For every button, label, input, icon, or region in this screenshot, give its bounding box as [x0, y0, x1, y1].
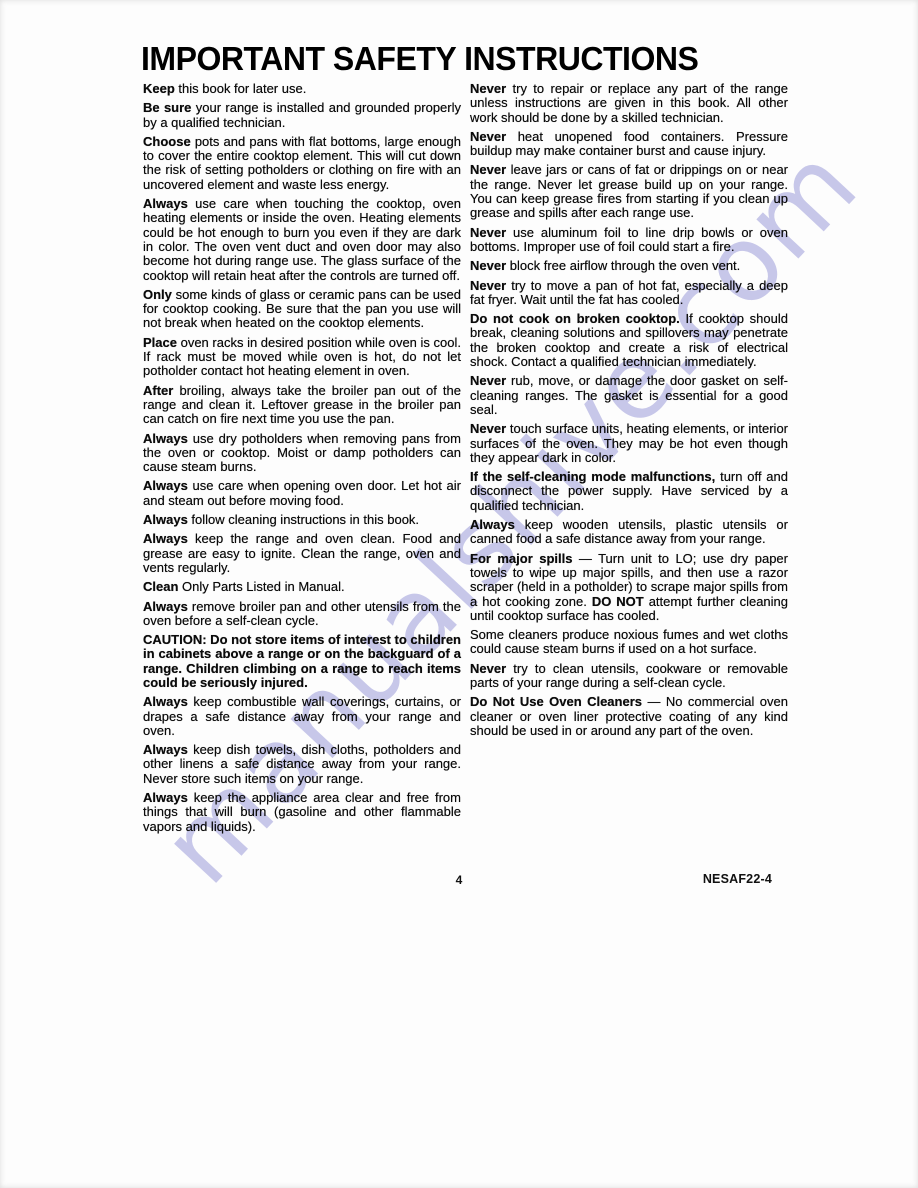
paragraph: Choose pots and pans with flat bottoms, … — [143, 135, 461, 192]
paragraph-text: some kinds of glass or ceramic pans can … — [143, 287, 461, 331]
paragraph: Never heat unopened food containers. Pre… — [470, 130, 788, 159]
paragraph: Do Not Use Oven Cleaners — No commercial… — [470, 695, 788, 738]
paragraph-text: use aluminum foil to line drip bowls or … — [470, 225, 788, 254]
paragraph-lead: Never — [470, 162, 511, 177]
paragraph: Never leave jars or cans of fat or dripp… — [470, 163, 788, 220]
paragraph-lead: Choose — [143, 134, 195, 149]
paragraph: Always keep wooden utensils, plastic ute… — [470, 518, 788, 547]
paragraph-lead: Always — [143, 694, 193, 709]
paragraph: Never try to clean utensils, cookware or… — [470, 662, 788, 691]
paragraph-lead: Place — [143, 335, 181, 350]
paragraph-lead: Do Not Use Oven Cleaners — [470, 694, 647, 709]
paragraph: Never use aluminum foil to line drip bow… — [470, 226, 788, 255]
paragraph-lead: Never — [470, 129, 518, 144]
paragraph: Place oven racks in desired position whi… — [143, 336, 461, 379]
paragraph-text: touch surface units, heating elements, o… — [470, 421, 788, 465]
paragraph-text: Some cleaners produce noxious fumes and … — [470, 627, 788, 656]
paragraph: Always keep the appliance area clear and… — [143, 791, 461, 834]
paragraph: For major spills — Turn unit to LO; use … — [470, 552, 788, 623]
content-columns: Keep this book for later use.Be sure you… — [143, 82, 788, 839]
paragraph-text: this book for later use. — [178, 81, 306, 96]
paragraph: Do not cook on broken cooktop. If cookto… — [470, 312, 788, 369]
paragraph-lead: Clean — [143, 579, 182, 594]
page-number: 4 — [456, 873, 463, 887]
paragraph-lead: Always — [143, 478, 192, 493]
paragraph-text: oven racks in desired position while ove… — [143, 335, 461, 379]
paragraph-text: broiling, always take the broiler pan ou… — [143, 383, 461, 427]
paragraph-text: leave jars or cans of fat or drippings o… — [470, 162, 788, 220]
paragraph: Never try to repair or replace any part … — [470, 82, 788, 125]
paragraph-lead: Never — [470, 661, 513, 676]
paragraph-lead: Only — [143, 287, 176, 302]
paragraph: Never touch surface units, heating eleme… — [470, 422, 788, 465]
paragraph-lead: Do not cook on broken cooktop. — [470, 311, 686, 326]
paragraph: Always keep dish towels, dish cloths, po… — [143, 743, 461, 786]
paragraph: Never try to move a pan of hot fat, espe… — [470, 279, 788, 308]
paragraph-text: try to repair or replace any part of the… — [470, 81, 788, 125]
paragraph-text: heat unopened food containers. Pressure … — [470, 129, 788, 158]
paragraph-lead: Always — [143, 531, 195, 546]
paragraph: Never block free airflow through the ove… — [470, 259, 788, 273]
paragraph: If the self-cleaning mode malfunctions, … — [470, 470, 788, 513]
left-column: Keep this book for later use.Be sure you… — [143, 82, 461, 839]
paragraph: After broiling, always take the broiler … — [143, 384, 461, 427]
paragraph: Clean Only Parts Listed in Manual. — [143, 580, 461, 594]
paragraph: Some cleaners produce noxious fumes and … — [470, 628, 788, 657]
paragraph-text: follow cleaning instructions in this boo… — [191, 512, 419, 527]
paragraph-lead: CAUTION: Do not store items of interest … — [143, 632, 461, 690]
paragraph-lead: Always — [470, 517, 525, 532]
page-title: IMPORTANT SAFETY INSTRUCTIONS — [141, 42, 698, 75]
paragraph: Always keep combustible wall coverings, … — [143, 695, 461, 738]
paragraph-lead: Always — [143, 790, 194, 805]
paragraph-text: rub, move, or damage the door gasket on … — [470, 373, 788, 417]
paragraph-lead: If the self-cleaning mode malfunctions, — [470, 469, 720, 484]
paragraph-lead: Keep — [143, 81, 178, 96]
paragraph: Always keep the range and oven clean. Fo… — [143, 532, 461, 575]
paragraph: Only some kinds of glass or ceramic pans… — [143, 288, 461, 331]
paragraph-lead: Always — [143, 742, 193, 757]
paragraph: Always remove broiler pan and other uten… — [143, 600, 461, 629]
paragraph: CAUTION: Do not store items of interest … — [143, 633, 461, 690]
manual-page: manualshive.com IMPORTANT SAFETY INSTRUC… — [0, 0, 918, 1188]
paragraph-lead: Never — [470, 278, 511, 293]
paragraph-lead: After — [143, 383, 179, 398]
paragraph: Keep this book for later use. — [143, 82, 461, 96]
paragraph-lead: Never — [470, 225, 513, 240]
paragraph-lead: Always — [143, 196, 195, 211]
paragraph-lead: Always — [143, 599, 192, 614]
paragraph: Always use care when touching the cookto… — [143, 197, 461, 283]
paragraph: Be sure your range is installed and grou… — [143, 101, 461, 130]
paragraph: Always use care when opening oven door. … — [143, 479, 461, 508]
paragraph-text: block free airflow through the oven vent… — [510, 258, 741, 273]
paragraph-lead: Never — [470, 81, 513, 96]
paragraph: Never rub, move, or damage the door gask… — [470, 374, 788, 417]
paragraph-text: try to clean utensils, cookware or remov… — [470, 661, 788, 690]
paragraph-lead: Never — [470, 373, 511, 388]
paragraph: Always use dry potholders when removing … — [143, 432, 461, 475]
paragraph-lead: Be sure — [143, 100, 196, 115]
paragraph-lead: DO NOT — [592, 594, 649, 609]
paragraph-lead: Always — [143, 512, 191, 527]
paragraph-lead: Never — [470, 421, 510, 436]
paragraph-lead: Always — [143, 431, 193, 446]
paragraph-text: Only Parts Listed in Manual. — [182, 579, 345, 594]
right-column: Never try to repair or replace any part … — [470, 82, 788, 839]
paragraph: Always follow cleaning instructions in t… — [143, 513, 461, 527]
paragraph-lead: For major spills — [470, 551, 579, 566]
paragraph-text: try to move a pan of hot fat, especially… — [470, 278, 788, 307]
paragraph-lead: Never — [470, 258, 510, 273]
doc-code: NESAF22-4 — [703, 872, 772, 886]
